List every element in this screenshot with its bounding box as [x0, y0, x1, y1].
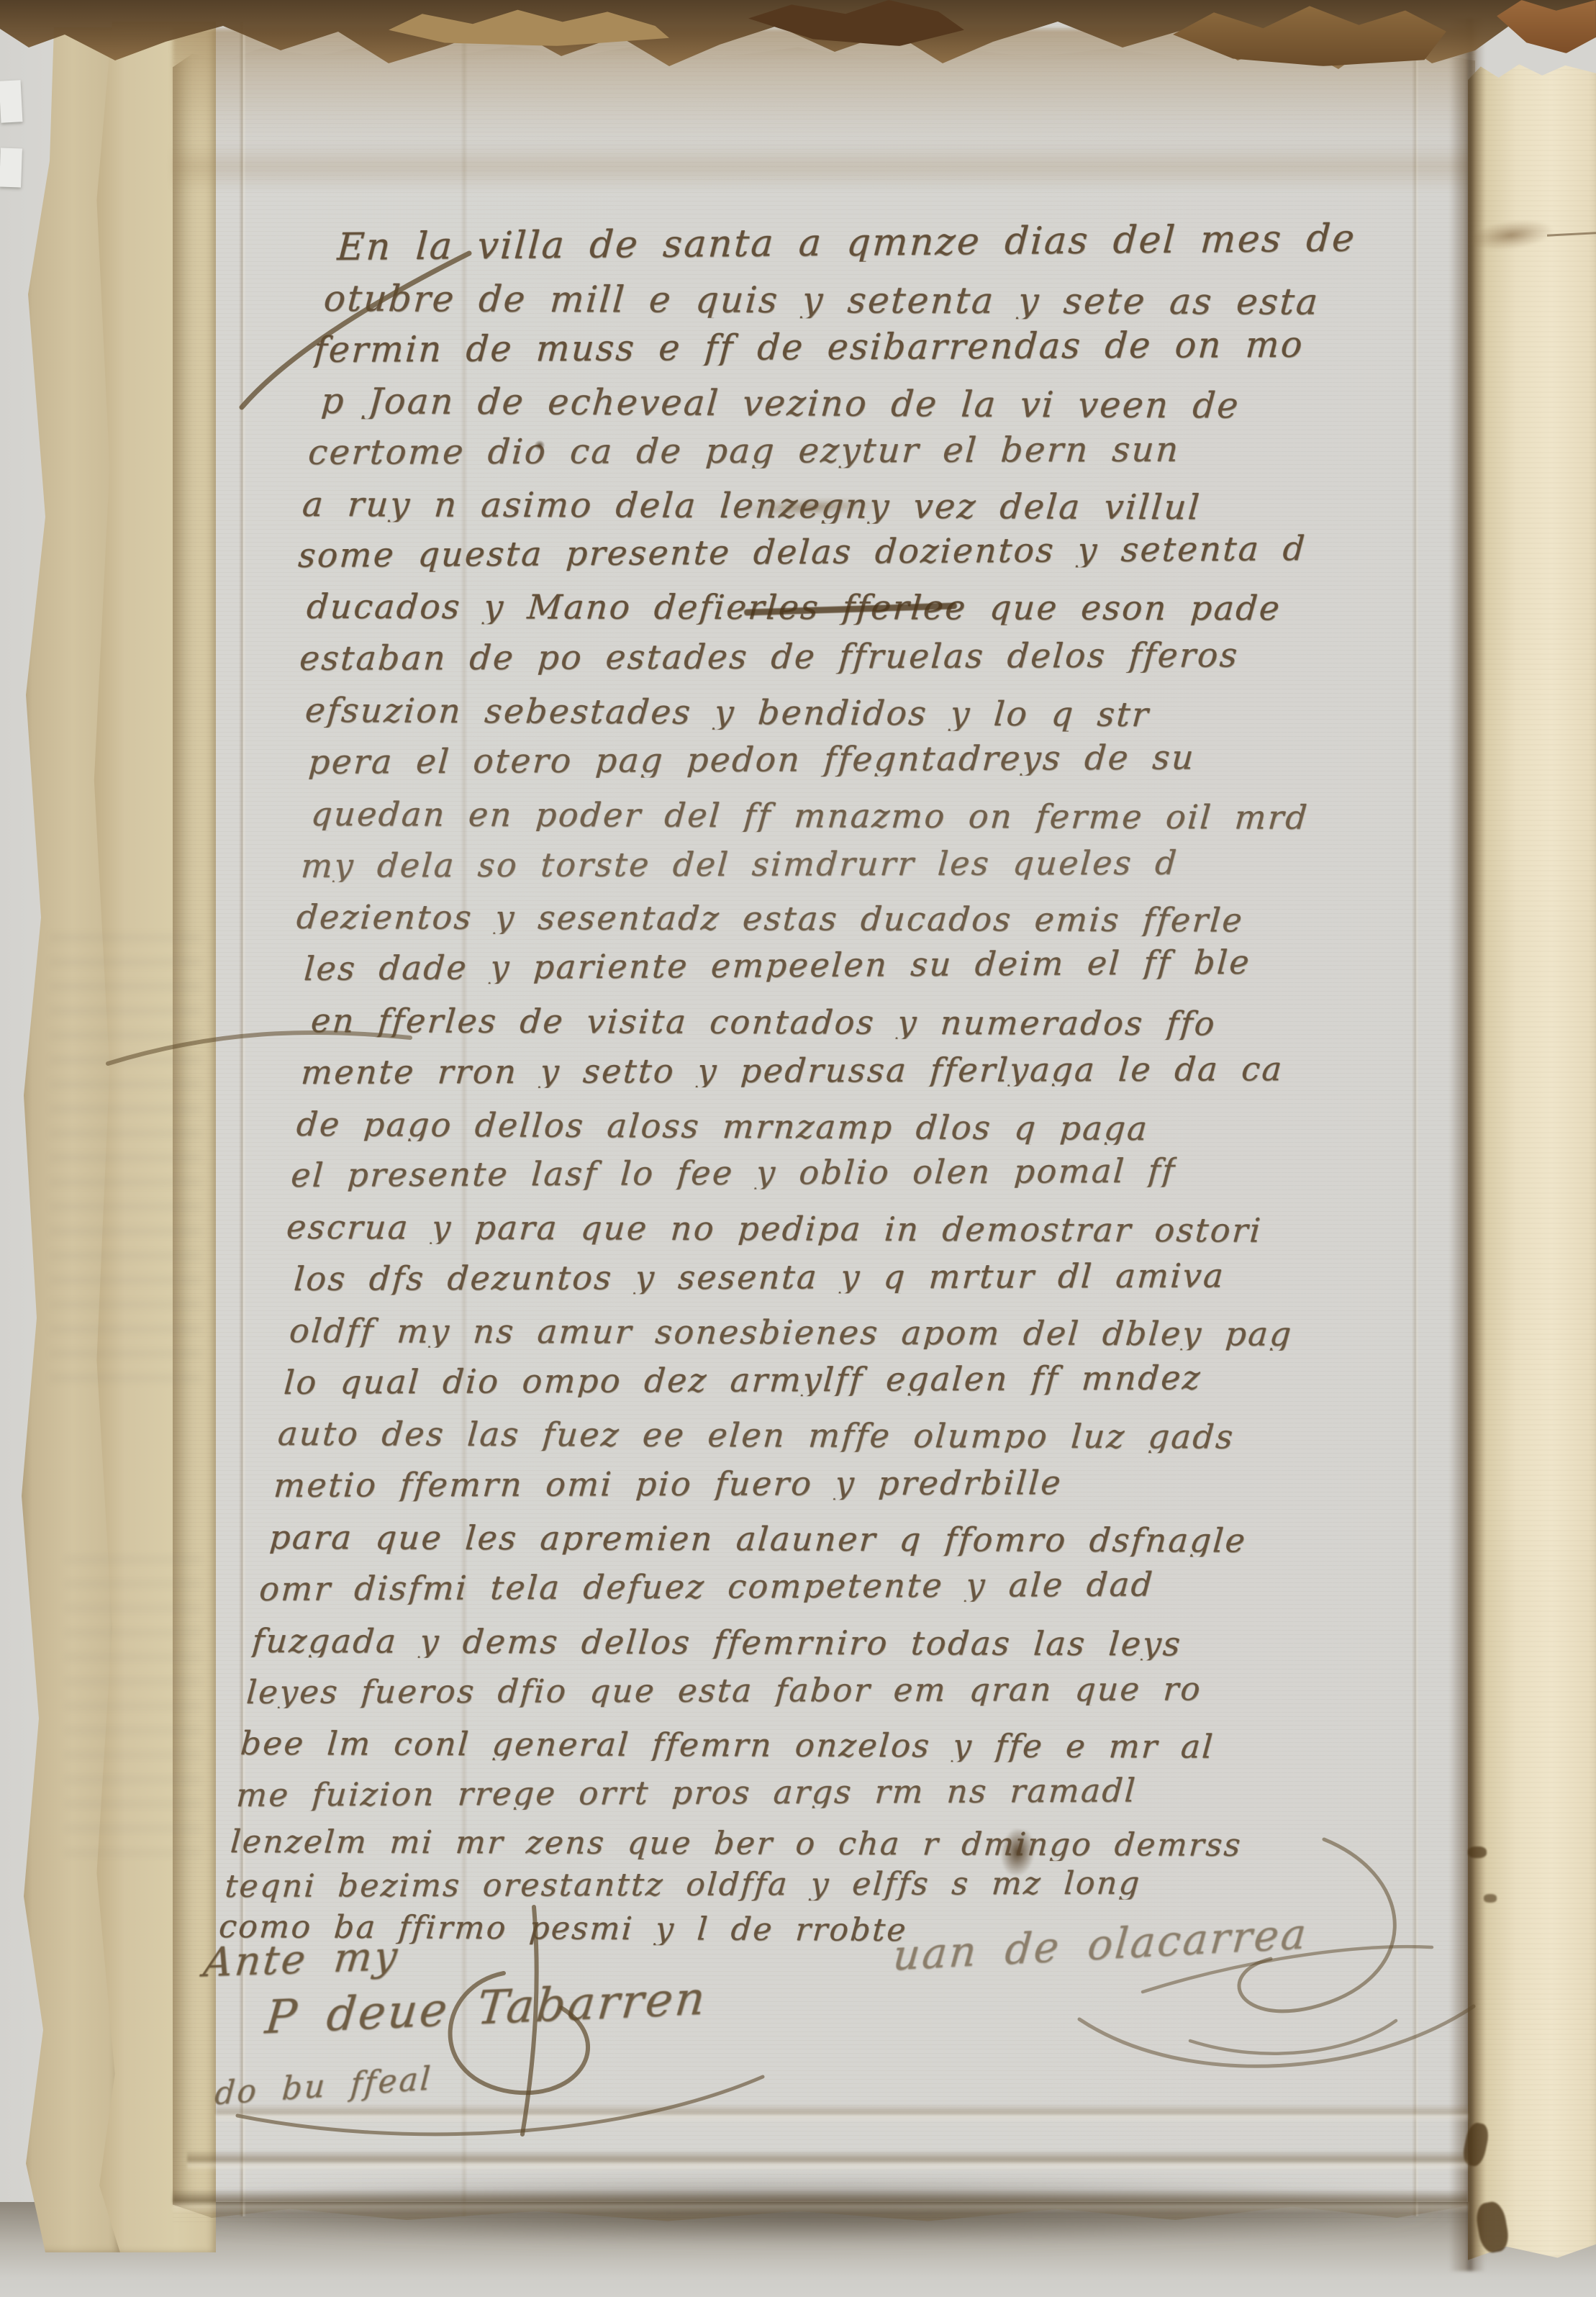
manuscript-line-10: efsuzion sebestades y bendidos y lo q st… [304, 694, 1151, 732]
manuscript-line-22: oldff my ns amur sonesbienes apom del db… [289, 1314, 1295, 1351]
manuscript-line-7: some questa presente delas dozientos y s… [297, 532, 1307, 573]
manuscript-line-3: fermin de muss e ff de esibarrendas de o… [313, 327, 1305, 368]
manuscript-line-14: dezientos y sesentadz estas ducados emis… [296, 900, 1245, 937]
manuscript-line-18: de pago dellos aloss mrnzamp dlos q paga [296, 1107, 1151, 1145]
manuscript-line-19: el presente lasf lo fee y oblio olen pom… [290, 1154, 1177, 1192]
manuscript-line-26: para que les apremien alauner q ffomro d… [268, 1521, 1248, 1557]
manuscript-line-27: omr disfmi tela defuez competente y ale … [258, 1567, 1155, 1605]
manuscript-line-17: mente rron y setto y pedrussa fferlyaga … [300, 1052, 1284, 1089]
manuscript-line-28: fuzgada y dems dellos ffemrniro todas la… [251, 1624, 1183, 1660]
manuscript-line-4: p Joan de echeveal vezino de la vi veen … [319, 384, 1241, 424]
manuscript-line-25: metio ffemrn omi pio fuero y predrbille [273, 1466, 1064, 1502]
manuscript-line-2: otubre de mill e quis y setenta y sete a… [322, 281, 1320, 320]
manuscript-line-5: certome dio ca de pag ezytur el bern sun [307, 432, 1181, 470]
manuscript-line-30: bee lm conl general ffemrn onzelos y ffe… [240, 1727, 1215, 1763]
manuscript-line-12: quedan en poder del ff mnazmo on ferme o… [310, 797, 1310, 834]
binding-gutter-shadow [1449, 19, 1485, 2271]
manuscript-line-9: estaban de po estades de ffruelas delos … [299, 638, 1240, 676]
manuscript-line-31: me fuizion rrege orrt pros args rm ns ra… [235, 1774, 1138, 1811]
manuscript-line-23: lo qual dio ompo dez armylff egalen ff m… [283, 1361, 1202, 1399]
torn-paper-fragment [1497, 0, 1596, 53]
attestation: Ante my [201, 1936, 401, 1984]
gutter-debris [1484, 1894, 1497, 1903]
manuscript-line-15: les dade y pariente empeelen su deim el … [303, 946, 1252, 985]
paper-discoloration-streak [173, 141, 1475, 191]
manuscript-line-11: pera el otero pag pedon ffegntadreys de … [307, 741, 1197, 779]
manuscript-line-20: escrua y para que no pedipa in demostrar… [286, 1210, 1264, 1247]
manuscript-scan: En la villa de santa a qmnze dias del me… [0, 0, 1596, 2297]
manuscript-line-33: teqni bezims orestanttz oldffa y elffs s… [224, 1868, 1142, 1903]
manuscript-line-32: lenzelm mi mr zens que ber o cha r dming… [230, 1826, 1243, 1862]
manuscript-line-6: a ruy n asimo dela lenzegny vez dela vil… [301, 487, 1202, 525]
archive-tab [0, 148, 22, 187]
manuscript-line-16: en fferles de visita contados y numerado… [310, 1004, 1218, 1040]
manuscript-line-24: auto des las fuez ee elen mffe olumpo lu… [277, 1417, 1236, 1454]
manuscript-line-13: my dela so torste del simdrurr les quele… [300, 846, 1179, 882]
manuscript-line-29: leyes fueros dfio que esta fabor em qran… [245, 1672, 1203, 1708]
next-folio-edge [1468, 22, 1596, 2267]
gutter-debris [1468, 1847, 1487, 1858]
archive-tab [0, 80, 22, 122]
manuscript-line-21: los dfs dezuntos y sesenta y q mrtur dl … [293, 1259, 1226, 1295]
